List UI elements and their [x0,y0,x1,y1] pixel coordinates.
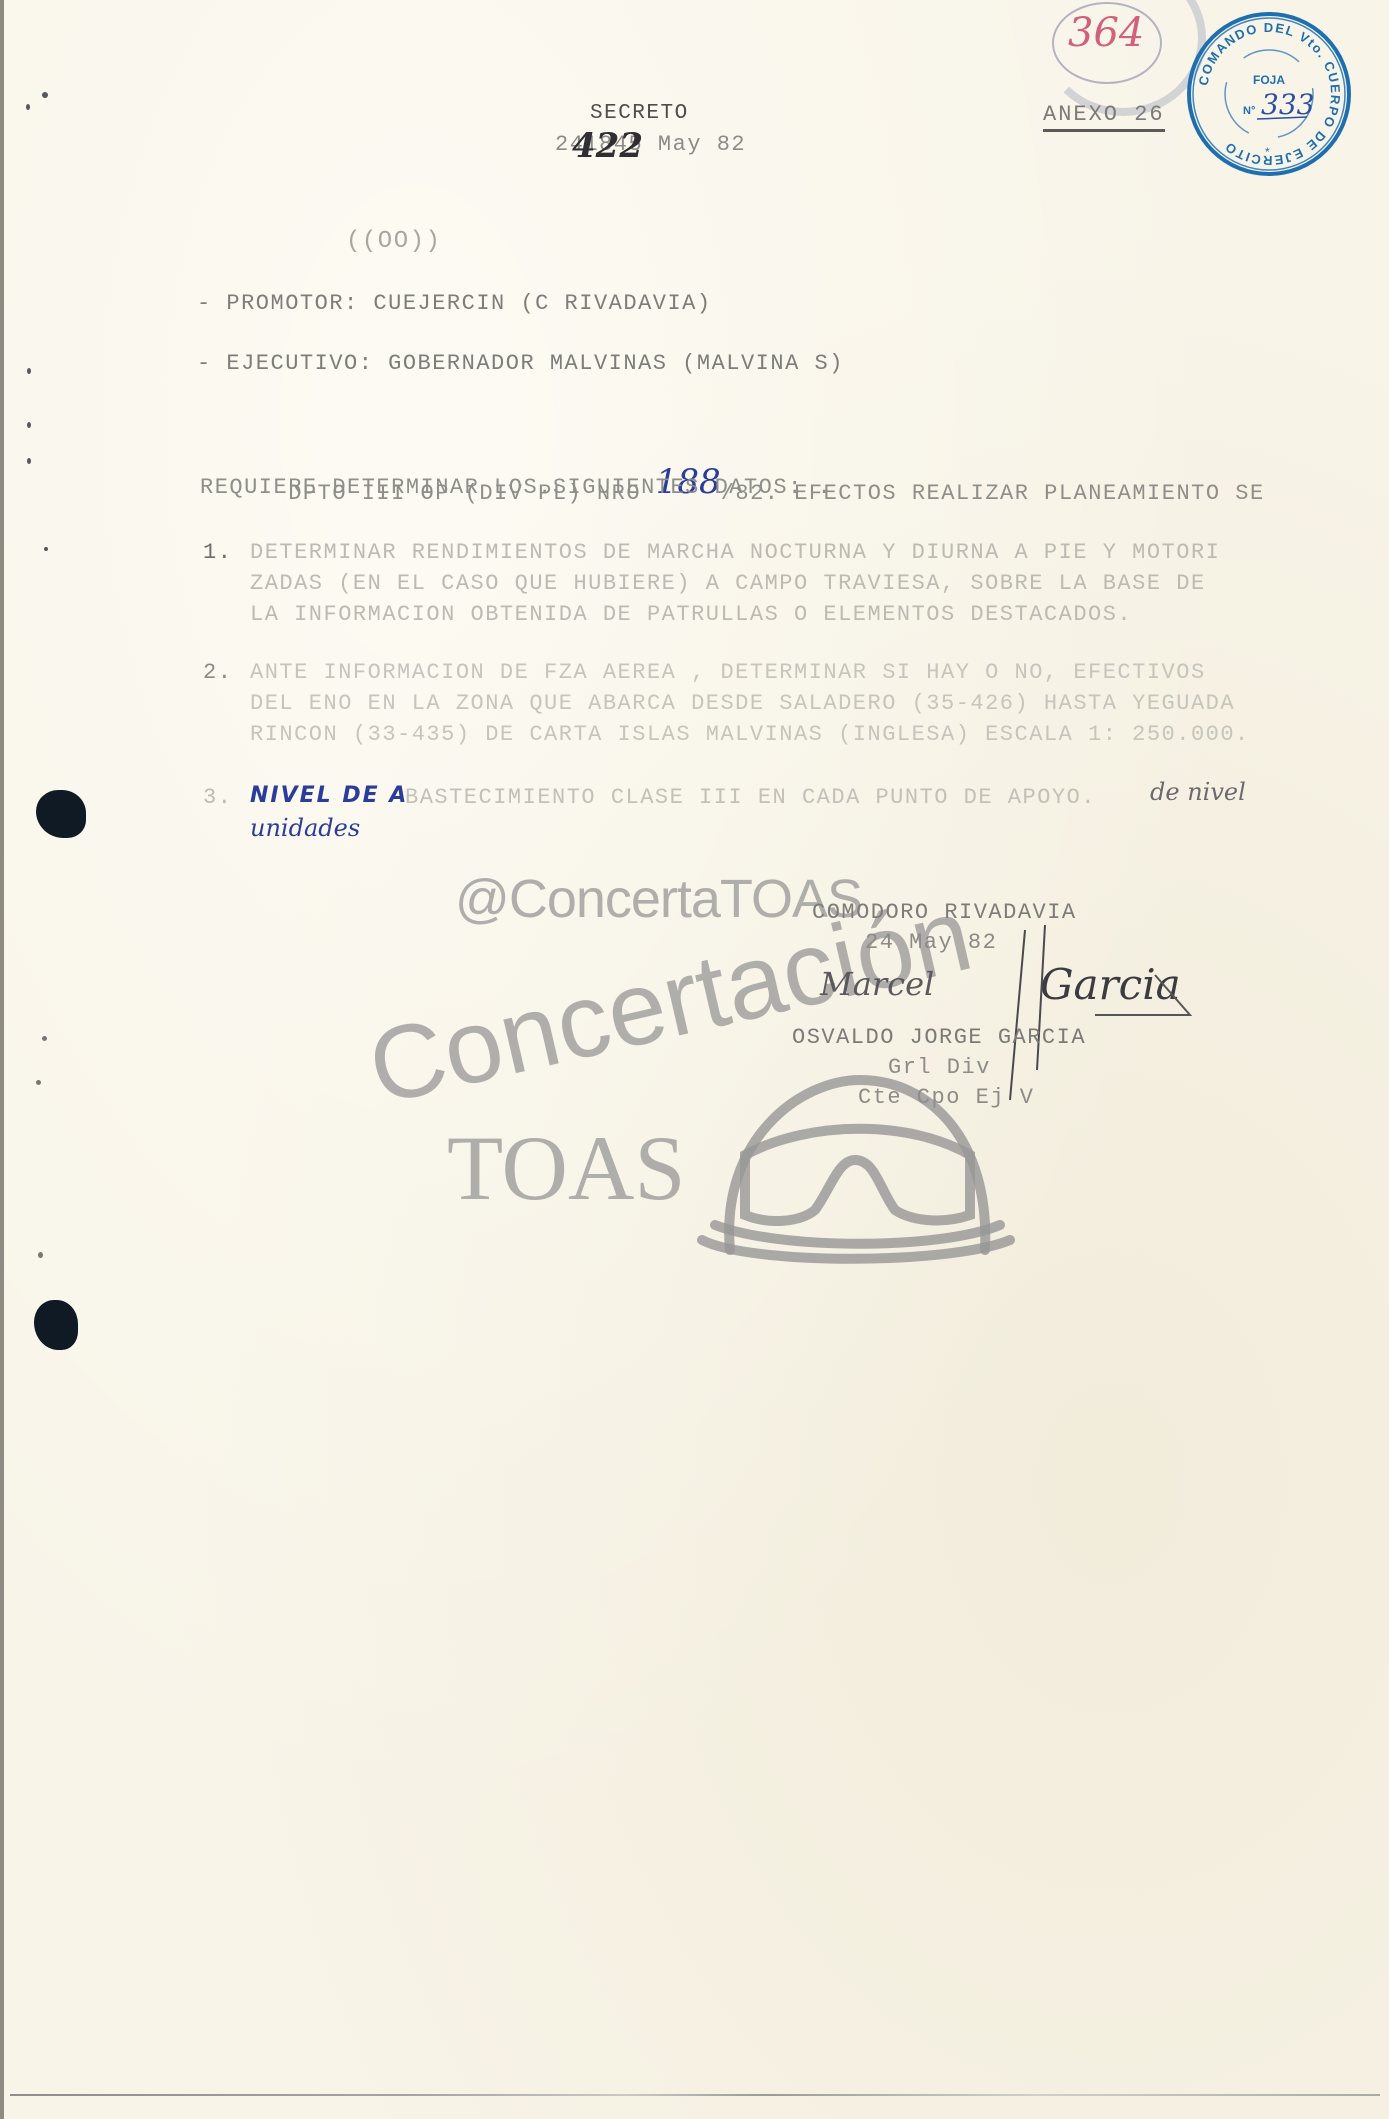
unit-seal-stamp-icon: COMANDO DEL Vto. CUERPO DE EJERCITO FOJA… [1185,10,1353,178]
item-line: ZADAS (EN EL CASO QUE HUBIERE) A CAMPO T… [250,571,1206,596]
signature-strokes-icon [1005,915,1205,1105]
precedence-marking: ((OO)) [346,228,441,255]
scan-left-edge [0,0,4,2119]
page-bottom-edge-line [10,2094,1380,2096]
scan-speck [38,1252,43,1258]
scan-speck [44,547,48,551]
svg-text:FOJA: FOJA [1253,73,1285,87]
handwritten-reference-number: 422 [572,126,643,166]
item-number: 1. [203,540,232,565]
ejecutivo-line: - EJECUTIVO: GOBERNADOR MALVINAS (MALVIN… [197,351,844,376]
scan-speck [27,422,31,428]
annex-label: ANEXO 26 [1043,102,1165,132]
signer-name: OSVALDO JORGE GARCIA [792,1025,1086,1050]
svg-text:N°: N° [1243,105,1255,117]
signer-rank: Grl Div [888,1055,991,1080]
scan-speck [42,1036,47,1041]
svg-text:333: 333 [1261,88,1314,121]
scan-speck [26,104,30,110]
punch-hole-lower [34,1300,78,1350]
intro-line-2: REQUIERE DETERMINAR LOS.SIGUIENTES DATOS… [200,475,832,500]
item-line: LA INFORMACION OBTENIDA DE PATRULLAS O E… [250,602,1132,627]
handwritten-item-prefix: NIVEL DE A [250,783,408,808]
classification-label: SECRETO [590,102,689,125]
scan-speck [36,1080,41,1085]
promotor-line: - PROMOTOR: CUEJERCIN (C RIVADAVIA) [197,291,712,316]
handwritten-initials: Marcel [820,965,934,1003]
handwritten-item-suffix: de nivel [1150,778,1246,806]
item-line: DEL ENO EN LA ZONA QUE ABARCA DESDE SALA… [250,691,1235,716]
scan-speck [27,368,31,374]
red-folio-number: 364 [1068,10,1144,56]
scan-speck [42,92,48,98]
document-page: SECRETO 241845 May 82 422 364 ANEXO 26 C… [0,0,1389,2119]
handwritten-item-line2: unidades [250,814,360,842]
item-line: DETERMINAR RENDIMIENTOS DE MARCHA NOCTUR… [250,540,1220,565]
signer-position: Cte Cpo Ej V [858,1085,1034,1110]
watermark-sub: TOAS [447,1115,686,1221]
scan-speck [27,458,31,464]
item-typed-text: BASTECIMIENTO CLASE III EN CADA PUNTO DE… [405,785,1096,810]
helmet-goggles-logo-icon [690,1050,1015,1275]
item-number: 2. [203,660,232,685]
svg-text:*: * [1265,145,1270,159]
item-line: RINCON (33-435) DE CARTA ISLAS MALVINAS … [250,722,1250,747]
item-line: ANTE INFORMACION DE FZA AEREA , DETERMIN… [250,660,1206,685]
punch-hole-upper [36,790,86,838]
signature-date: 24 May 82 [865,930,997,955]
item-number: 3. [203,785,232,810]
